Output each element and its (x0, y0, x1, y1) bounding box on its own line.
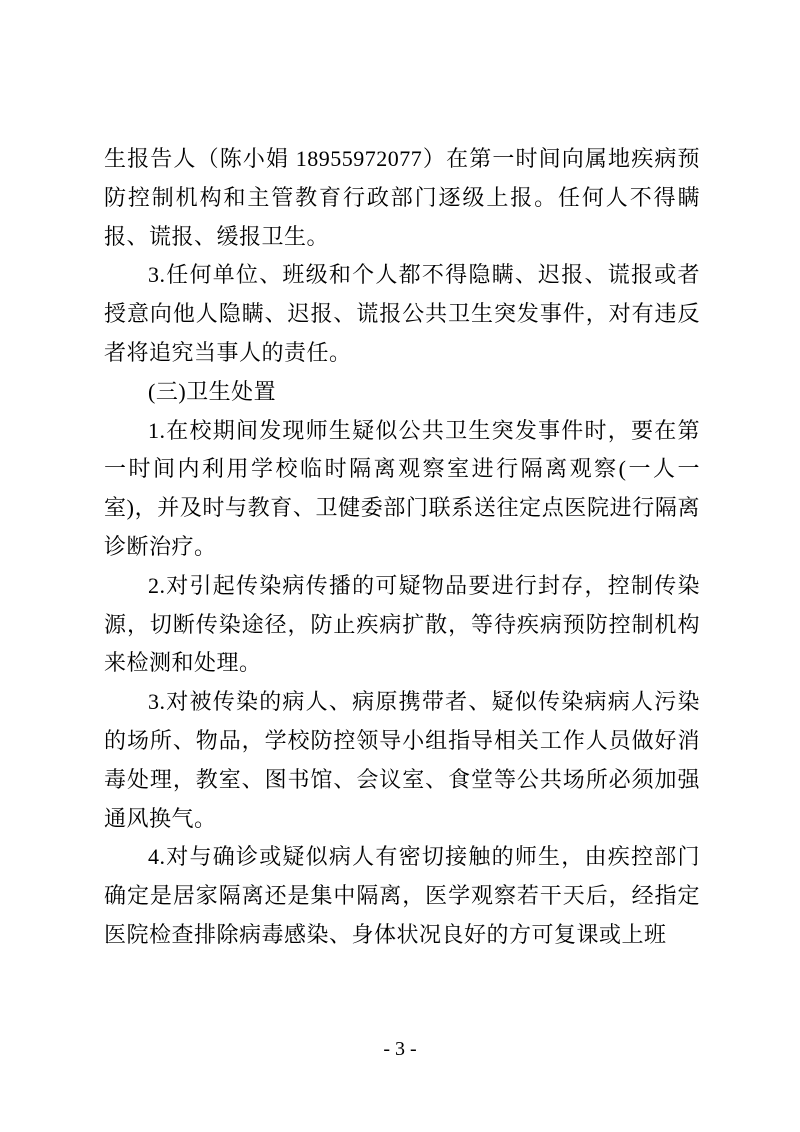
paragraph-continuation: 生报告人（陈小娟 18955972077）在第一时间向属地疾病预防控制机构和主管… (104, 140, 700, 256)
section-heading-health-disposal: (三)卫生处置 (104, 373, 700, 412)
paragraph-item-4-quarantine: 4.对与确诊或疑似病人有密切接触的师生，由疾控部门确定是居家隔离还是集中隔离，医… (104, 838, 700, 954)
paragraph-item-1-isolation: 1.在校期间发现师生疑似公共卫生突发事件时，要在第一时间内利用学校临时隔离观察室… (104, 412, 700, 567)
paragraph-item-3-disinfection: 3.对被传染的病人、病原携带者、疑似传染病病人污染的场所、物品，学校防控领导小组… (104, 683, 700, 838)
page-number: - 3 - (0, 1034, 800, 1064)
document-page: 生报告人（陈小娟 18955972077）在第一时间向属地疾病预防控制机构和主管… (0, 0, 800, 1132)
paragraph-item-2-sealing: 2.对引起传染病传播的可疑物品要进行封存，控制传染源，切断传染途径，防止疾病扩散… (104, 567, 700, 683)
paragraph-item-3-reporting: 3.任何单位、班级和个人都不得隐瞒、迟报、谎报或者授意向他人隐瞒、迟报、谎报公共… (104, 256, 700, 372)
document-body: 生报告人（陈小娟 18955972077）在第一时间向属地疾病预防控制机构和主管… (104, 140, 700, 955)
